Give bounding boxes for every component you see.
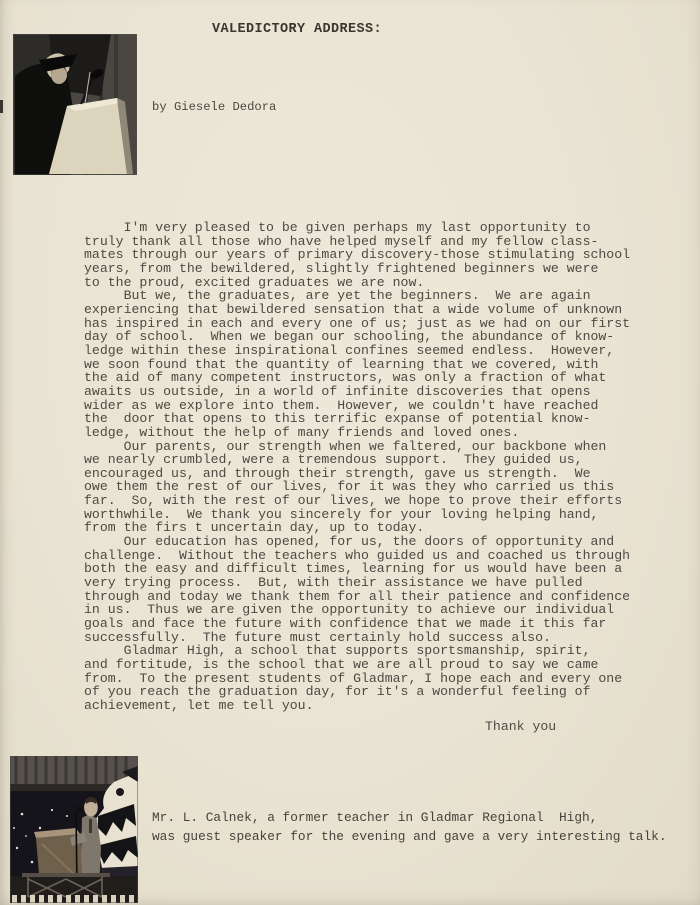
speech-paragraph-2: But we, the graduates, are yet the begin… [84, 289, 659, 439]
closing-thank-you: Thank you [485, 719, 556, 734]
speech-body: I'm very pleased to be given perhaps my … [84, 221, 659, 713]
scan-artifact [0, 100, 3, 113]
speech-paragraph-1: I'm very pleased to be given perhaps my … [84, 221, 659, 289]
byline: by Giesele Dedora [152, 100, 276, 114]
guest-speaker-photo-art [10, 756, 138, 903]
page-title: VALEDICTORY ADDRESS: [212, 22, 382, 37]
speech-paragraph-3: Our parents, our strength when we falter… [84, 440, 659, 536]
speech-paragraph-4: Our education has opened, for us, the do… [84, 535, 659, 644]
yearbook-page: VALEDICTORY ADDRESS: by Giesele Dedora [0, 0, 700, 905]
speech-paragraph-5: Gladmar High, a school that supports spo… [84, 644, 659, 712]
photo-caption: Mr. L. Calnek, a former teacher in Gladm… [152, 808, 667, 846]
guest-speaker-photo [10, 756, 138, 903]
valedictorian-photo-art [13, 34, 137, 175]
valedictorian-photo [13, 34, 137, 175]
